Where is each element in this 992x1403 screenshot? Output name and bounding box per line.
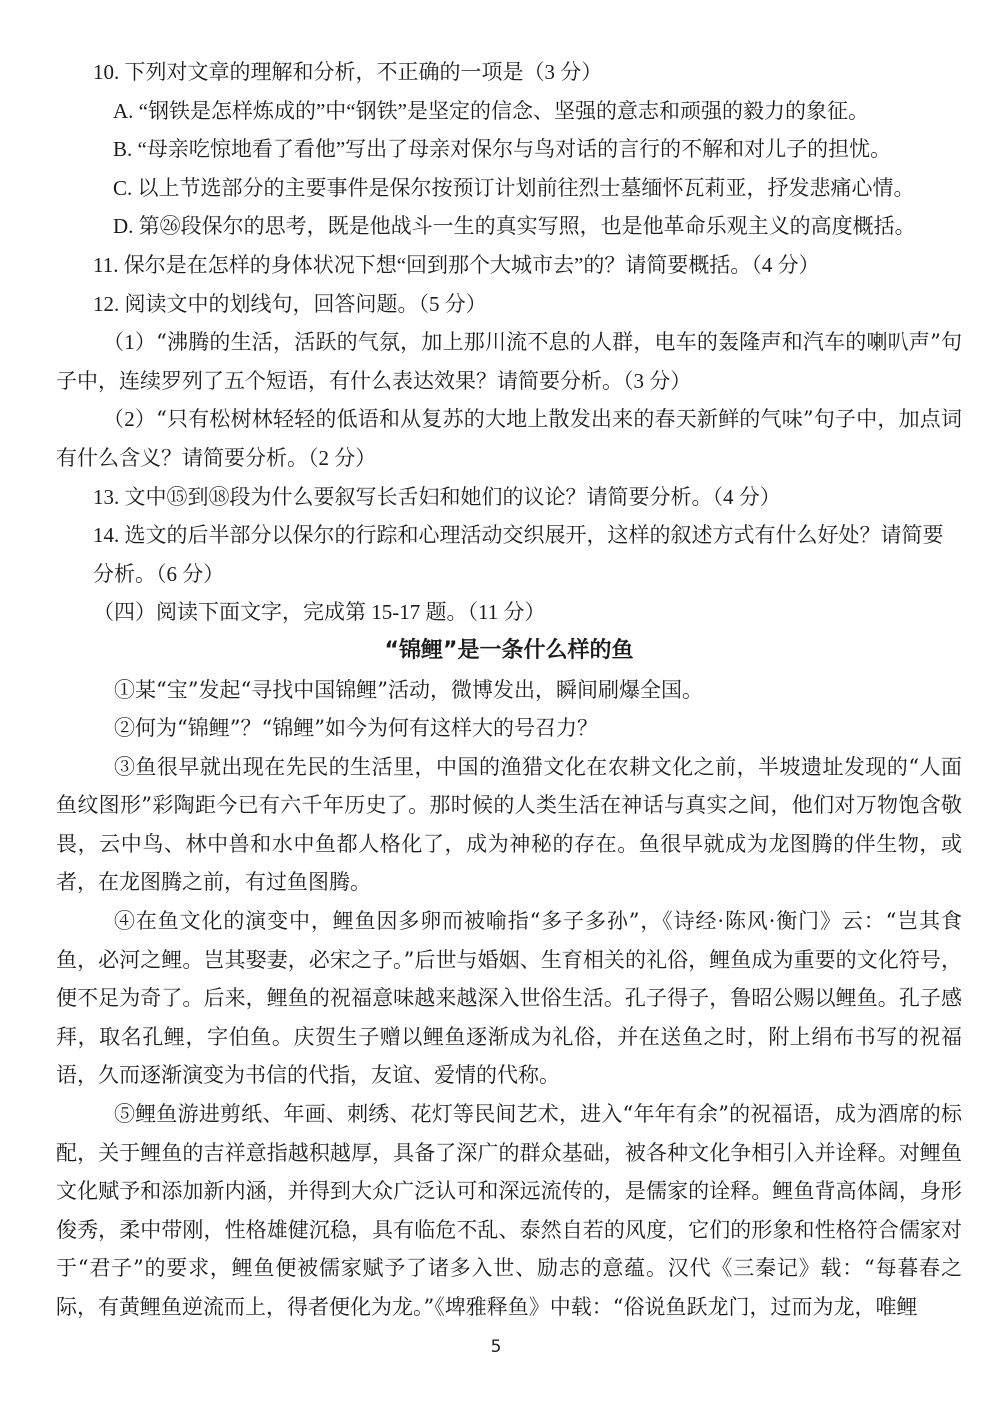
exam-paper-page: 10. 下列对文章的理解和分析，不正确的一项是（3 分） A. “钢铁是怎样炼成… [0, 0, 992, 1403]
section-4-header: （四）阅读下面文字，完成第 15-17 题。（11 分） [93, 593, 962, 632]
question-10-option-b: B. “母亲吃惊地看了看他”写出了母亲对保尔与鸟对话的言行的不解和对儿子的担忧。 [113, 130, 962, 169]
question-12-subquestion-1: （1）“沸腾的生活，活跃的气氛，加上那川流不息的人群，电车的轰隆声和汽车的喇叭声… [56, 323, 962, 400]
question-10-option-c: C. 以上节选部分的主要事件是保尔按预订计划前往烈士墓缅怀瓦莉亚，抒发悲痛心情。 [113, 169, 962, 208]
question-10-option-d: D. 第㉖段保尔的思考，既是他战斗一生的真实写照，也是他革命乐观主义的高度概括。 [113, 207, 962, 246]
essay-paragraph-2: ②何为“锦鲤”？“锦鲤”如今为何有这样大的号召力？ [56, 709, 962, 748]
essay-paragraph-5: ⑤鲤鱼游进剪纸、年画、刺绣、花灯等民间艺术，进入“年年有余”的祝福语，成为酒席的… [56, 1095, 962, 1327]
question-12-subquestion-2: （2）“只有松树林轻轻的低语和从复苏的大地上散发出来的春天新鲜的气味”句子中，加… [56, 400, 962, 477]
subquestion-1-number: （1） [103, 330, 156, 354]
subquestion-2-quoted-sentence: “只有松树林轻轻的低语和从复苏的大地上散发出来的春天新鲜的气味” [156, 407, 814, 431]
essay-paragraph-3: ③鱼很早就出现在先民的生活里，中国的渔猎文化在农耕文化之前，半坡遗址发现的“人面… [56, 748, 962, 902]
page-number: 5 [0, 1337, 992, 1357]
subquestion-2-number: （2） [103, 407, 156, 431]
subquestion-1-quoted-sentence: “沸腾的生活，活跃的气氛，加上那川流不息的人群，电车的轰隆声和汽车的喇叭声” [156, 330, 941, 354]
essay-paragraph-4: ④在鱼文化的演变中，鲤鱼因多卵而被喻指“多子多孙”，《诗经·陈风·衡门》云：“岂… [56, 902, 962, 1095]
question-10-option-a: A. “钢铁是怎样炼成的”中“钢铁”是坚定的信念、坚强的意志和顽强的毅力的象征。 [113, 92, 962, 131]
essay-paragraph-1: ①某“宝”发起“寻找中国锦鲤”活动，微博发出，瞬间刷爆全国。 [56, 671, 962, 710]
question-14-stem: 14. 选文的后半部分以保尔的行踪和心理活动交织展开，这样的叙述方式有什么好处？… [93, 516, 962, 593]
question-13-stem: 13. 文中⑮到⑱段为什么要叙写长舌妇和她们的议论？请简要分析。（4 分） [93, 478, 962, 517]
question-12-stem: 12. 阅读文中的划线句，回答问题。（5 分） [93, 285, 962, 324]
document-content: 10. 下列对文章的理解和分析，不正确的一项是（3 分） A. “钢铁是怎样炼成… [56, 53, 962, 1327]
question-11-stem: 11. 保尔是在怎样的身体状况下想“回到那个大城市去”的？请简要概括。（4 分） [93, 246, 962, 285]
essay-title: “锦鲤”是一条什么样的鱼 [56, 632, 962, 671]
question-10-stem: 10. 下列对文章的理解和分析，不正确的一项是（3 分） [93, 53, 962, 92]
